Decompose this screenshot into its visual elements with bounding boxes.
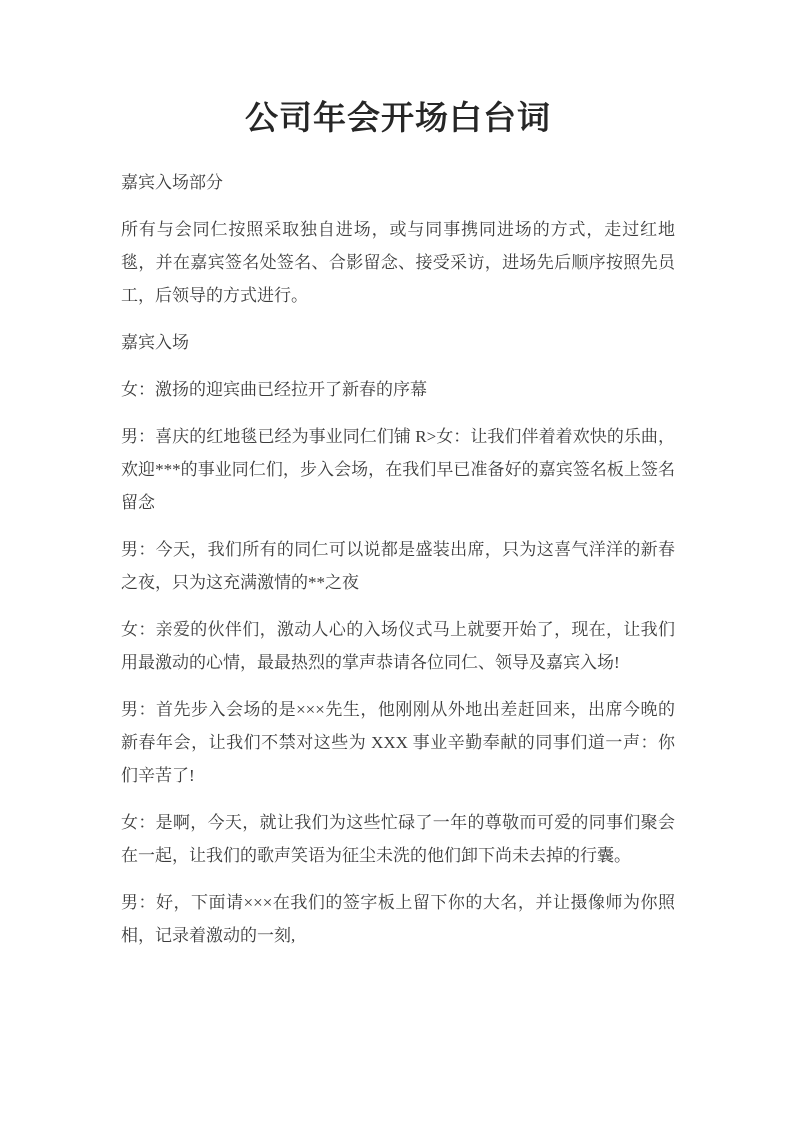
line-female-host-1: 女：激扬的迎宾曲已经拉开了新春的序幕 (121, 373, 675, 406)
line-female-host-2: 女：亲爱的伙伴们，激动人心的入场仪式马上就要开始了，现在，让我们用最激动的心情，… (121, 613, 675, 679)
line-male-host-3: 男：首先步入会场的是×××先生，他刚刚从外地出差赶回来，出席今晚的新春年会，让我… (121, 693, 675, 792)
line-male-host-1: 男：喜庆的红地毯已经为事业同仁们铺 R>女：让我们伴着着欢快的乐曲，欢迎***的… (121, 420, 675, 519)
document-page: 公司年会开场白台词 嘉宾入场部分 所有与会同仁按照采取独自进场，或与同事携同进场… (0, 0, 793, 1122)
line-male-host-2: 男：今天，我们所有的同仁可以说都是盛装出席，只为这喜气洋洋的新春之夜，只为这充满… (121, 533, 675, 599)
section-label-guest-entrance: 嘉宾入场 (121, 326, 675, 359)
paragraph-entrance-description: 所有与会同仁按照采取独自进场，或与同事携同进场的方式，走过红地毯，并在嘉宾签名处… (121, 213, 675, 312)
line-male-host-4: 男：好，下面请×××在我们的签字板上留下你的大名，并让摄像师为你照相，记录着激动… (121, 886, 675, 952)
document-title: 公司年会开场白台词 (121, 96, 675, 142)
line-female-host-3: 女：是啊，今天，就让我们为这些忙碌了一年的尊敬而可爱的同事们聚会在一起，让我们的… (121, 806, 675, 872)
section-label-guest-entrance-part: 嘉宾入场部分 (121, 166, 675, 199)
